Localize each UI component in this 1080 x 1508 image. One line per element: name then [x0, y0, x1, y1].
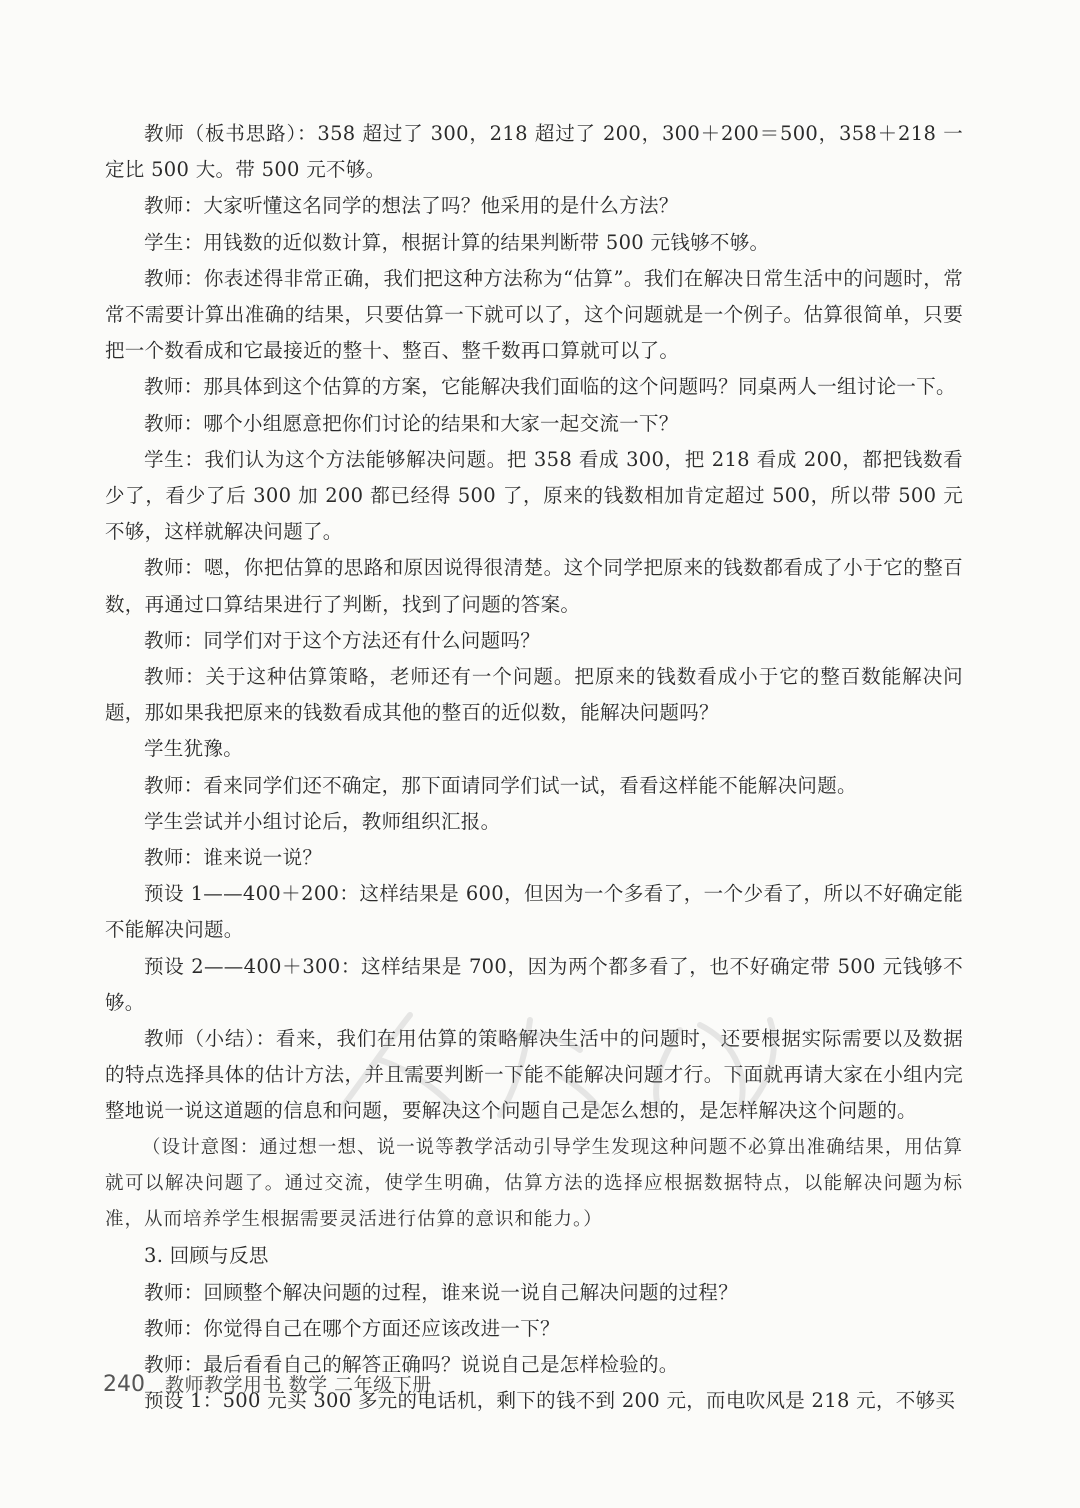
- paragraph: 教师：那具体到这个估算的方案，它能解决我们面临的这个问题吗？同桌两人一组讨论一下…: [105, 369, 963, 405]
- paragraph: 教师：嗯，你把估算的思路和原因说得很清楚。这个同学把原来的钱数都看成了小于它的整…: [105, 550, 963, 622]
- book-title: 教师教学用书 数学 二年级下册: [165, 1374, 432, 1396]
- paragraph-preset-2: 预设 2——400＋300：这样结果是 700，因为两个都多看了，也不好确定带 …: [105, 949, 963, 1021]
- paragraph: 教师：关于这种估算策略，老师还有一个问题。把原来的钱数看成小于它的整百数能解决问…: [105, 659, 963, 731]
- design-note: （设计意图：通过想一想、说一说等教学活动引导学生发现这种问题不必算出准确结果，用…: [105, 1130, 963, 1239]
- paragraph: 教师：大家听懂这名同学的想法了吗？他采用的是什么方法？: [105, 188, 963, 224]
- paragraph-preset-1: 预设 1——400＋200：这样结果是 600，但因为一个多看了，一个少看了，所…: [105, 876, 963, 948]
- paragraph: 学生：用钱数的近似数计算，根据计算的结果判断带 500 元钱够不够。: [105, 225, 963, 261]
- section-heading: 3. 回顾与反思: [105, 1238, 963, 1274]
- page-body: 教师（板书思路）：358 超过了 300，218 超过了 200，300＋200…: [105, 116, 963, 1419]
- paragraph: 教师：哪个小组愿意把你们讨论的结果和大家一起交流一下？: [105, 406, 963, 442]
- paragraph: 学生犹豫。: [105, 731, 963, 767]
- paragraph-summary: 教师（小结）：看来，我们在用估算的策略解决生活中的问题时，还要根据实际需要以及数…: [105, 1021, 963, 1130]
- paragraph-board-thinking: 教师（板书思路）：358 超过了 300，218 超过了 200，300＋200…: [105, 116, 963, 188]
- paragraph: 教师：看来同学们还不确定，那下面请同学们试一试，看看这样能不能解决问题。: [105, 768, 963, 804]
- paragraph: 教师：谁来说一说？: [105, 840, 963, 876]
- paragraph: 学生：我们认为这个方法能够解决问题。把 358 看成 300，把 218 看成 …: [105, 442, 963, 551]
- paragraph: 教师：你表述得非常正确，我们把这种方法称为“估算”。我们在解决日常生活中的问题时…: [105, 261, 963, 370]
- paragraph: 教师：同学们对于这个方法还有什么问题吗？: [105, 623, 963, 659]
- paragraph: 教师：回顾整个解决问题的过程，谁来说一说自己解决问题的过程？: [105, 1275, 963, 1311]
- page-footer: 240 教师教学用书 数学 二年级下册: [103, 1370, 432, 1397]
- paragraph: 学生尝试并小组讨论后，教师组织汇报。: [105, 804, 963, 840]
- paragraph: 教师：你觉得自己在哪个方面还应该改进一下？: [105, 1311, 963, 1347]
- page-number: 240: [103, 1372, 145, 1397]
